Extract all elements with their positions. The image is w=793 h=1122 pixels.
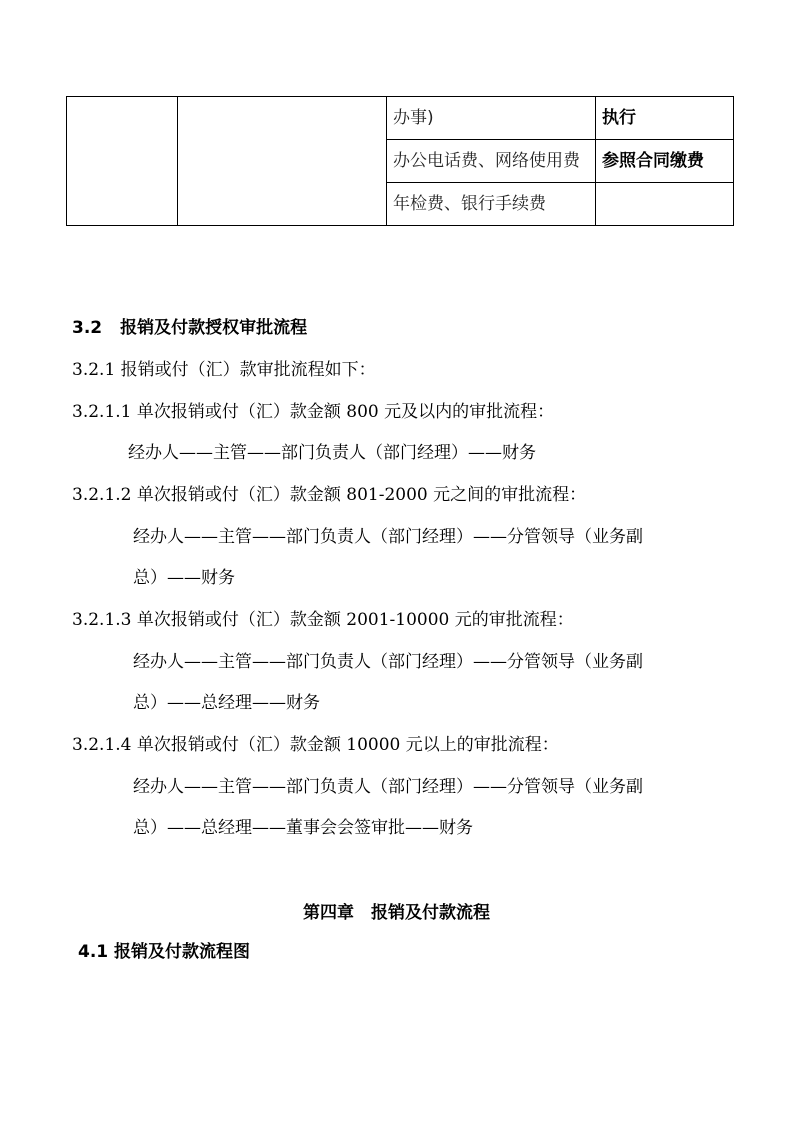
expense-table: 办事) 执行 办公电话费、网络使用费 参照合同缴费 年检费、银行手续费 [66,96,734,226]
table-cell-rule [596,183,734,226]
approval-flow-line: 总）——总经理——财务 [133,692,320,714]
chapter-title: 第四章 报销及付款流程 [0,898,793,923]
approval-flow-line: 经办人——主管——部门负责人（部门经理）——分管领导（业务副 [133,776,643,798]
table-cell-item: 办事) [387,97,596,140]
table-cell-empty [178,97,387,226]
approval-flow-line: 总）——财务 [133,567,235,589]
section-title: 报销及付款授权审批流程 [120,318,307,338]
table-cell-item: 年检费、银行手续费 [387,183,596,226]
document-page: 办事) 执行 办公电话费、网络使用费 参照合同缴费 年检费、银行手续费 3.2报… [0,0,793,1122]
table-cell-rule: 参照合同缴费 [596,140,734,183]
table-cell-item: 办公电话费、网络使用费 [387,140,596,183]
table-cell-empty [67,97,178,226]
subsection-3-2-1: 3.2.1 报销或付（汇）款审批流程如下： [72,359,376,381]
item-heading-3-2-1-3: 3.2.1.3 单次报销或付（汇）款金额 2001-10000 元的审批流程： [72,609,574,631]
item-heading-3-2-1-4: 3.2.1.4 单次报销或付（汇）款金额 10000 元以上的审批流程： [72,734,559,756]
approval-flow-line: 经办人——主管——部门负责人（部门经理）——财务 [128,442,536,464]
section-number: 3.2 [72,318,102,338]
section-heading-3-2: 3.2报销及付款授权审批流程 [72,317,307,339]
approval-flow-line: 总）——总经理——董事会会签审批——财务 [133,817,473,839]
item-heading-3-2-1-1: 3.2.1.1 单次报销或付（汇）款金额 800 元及以内的审批流程： [72,401,554,423]
approval-flow-line: 经办人——主管——部门负责人（部门经理）——分管领导（业务副 [133,651,643,673]
section-heading-4-1: 4.1 报销及付款流程图 [78,941,250,963]
table-row: 办事) 执行 [67,97,734,140]
table-cell-rule: 执行 [596,97,734,140]
approval-flow-line: 经办人——主管——部门负责人（部门经理）——分管领导（业务副 [133,526,643,548]
item-heading-3-2-1-2: 3.2.1.2 单次报销或付（汇）款金额 801-2000 元之间的审批流程： [72,484,586,506]
